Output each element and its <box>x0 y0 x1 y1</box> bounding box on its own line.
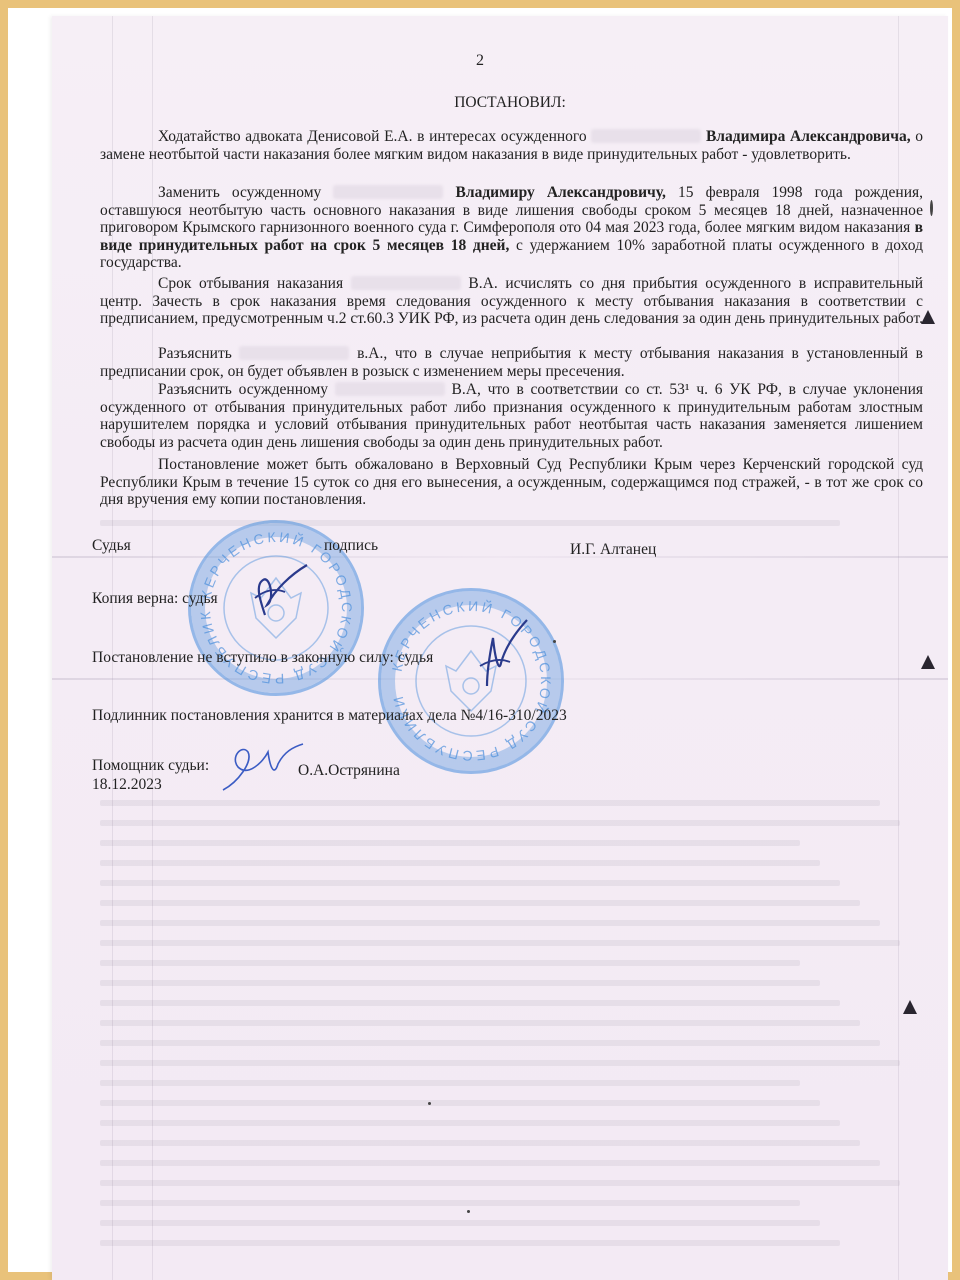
bleed-through-text <box>100 1180 900 1186</box>
signature-label: подпись <box>324 537 378 555</box>
paragraph-text: Постановление может быть обжаловано в Ве… <box>100 456 923 508</box>
redacted-name <box>351 276 461 290</box>
paragraph-text: Владимира Александровича, <box>701 128 910 145</box>
judge-label: Судья <box>92 537 131 555</box>
bleed-through-text <box>100 800 880 806</box>
speck <box>428 1102 431 1105</box>
bleed-through-text <box>100 840 800 846</box>
paragraph-p1: Ходатайство адвоката Денисовой Е.А. в ин… <box>100 128 923 163</box>
assistant-signature <box>218 742 308 792</box>
judge-signature-2 <box>465 618 535 688</box>
speck <box>467 1210 470 1213</box>
speck <box>930 200 933 216</box>
paragraph-p4: Разъяснить в.А., что в случае неприбытия… <box>100 345 923 380</box>
bleed-through-text <box>100 1060 900 1066</box>
bleed-through-text <box>100 1140 860 1146</box>
paragraph-text: Владимиру Александровичу, <box>443 184 665 201</box>
signature-date: 18.12.2023 <box>92 776 162 794</box>
bleed-through-text <box>100 1000 840 1006</box>
bleed-through-text <box>100 1080 800 1086</box>
redacted-name <box>591 129 701 143</box>
original-kept-label: Подлинник постановления хранится в матер… <box>92 707 567 725</box>
paragraph-text: Ходатайство адвоката Денисовой Е.А. в ин… <box>158 128 591 145</box>
paragraph-text: Заменить осужденному <box>158 184 333 201</box>
paragraph-text: Разъяснить осужденному <box>158 381 335 398</box>
binding-hole <box>921 310 935 324</box>
fold-line <box>52 556 948 558</box>
copy-true-label: Копия верна: судья <box>92 590 218 608</box>
bleed-through-text <box>100 1160 880 1166</box>
bleed-through-text <box>100 880 840 886</box>
assistant-name: О.А.Острянина <box>298 762 400 780</box>
paragraph-p6: Постановление может быть обжаловано в Ве… <box>100 456 923 509</box>
bleed-through-text <box>100 1200 800 1206</box>
paragraph-p5: Разъяснить осужденному В.А, что в соотве… <box>100 381 923 451</box>
redacted-name <box>239 346 349 360</box>
bleed-through-text <box>100 1100 820 1106</box>
page-number: 2 <box>0 52 960 70</box>
paragraph-p2: Заменить осужденному Владимиру Александр… <box>100 184 923 272</box>
bleed-through-text <box>100 960 800 966</box>
bleed-through-text <box>100 820 900 826</box>
document-heading: ПОСТАНОВИЛ: <box>0 94 960 112</box>
bleed-through-text <box>100 920 880 926</box>
paragraph-text: Срок отбывания наказания <box>158 275 351 292</box>
bleed-through-text <box>100 980 820 986</box>
bleed-through-text <box>100 860 820 866</box>
bleed-through-text <box>100 1220 820 1226</box>
paragraph-text: Разъяснить <box>158 345 239 362</box>
speck <box>553 640 556 643</box>
bleed-through-text <box>100 1020 860 1026</box>
binding-hole <box>903 1000 917 1014</box>
assistant-label: Помощник судьи: <box>92 757 209 775</box>
redacted-name <box>335 382 445 396</box>
paragraph-p3: Срок отбывания наказания В.А. исчислять … <box>100 275 923 328</box>
bleed-through-text <box>100 1240 840 1246</box>
redacted-name <box>333 185 443 199</box>
judge-name: И.Г. Алтанец <box>570 541 656 559</box>
bleed-through-text <box>100 900 860 906</box>
bleed-through-text <box>100 940 900 946</box>
not-in-force-label: Постановление не вступило в законную сил… <box>92 649 433 667</box>
bleed-through-text <box>100 1120 840 1126</box>
judge-signature <box>245 560 315 620</box>
binding-hole <box>921 655 935 669</box>
bleed-through-text <box>100 1040 880 1046</box>
